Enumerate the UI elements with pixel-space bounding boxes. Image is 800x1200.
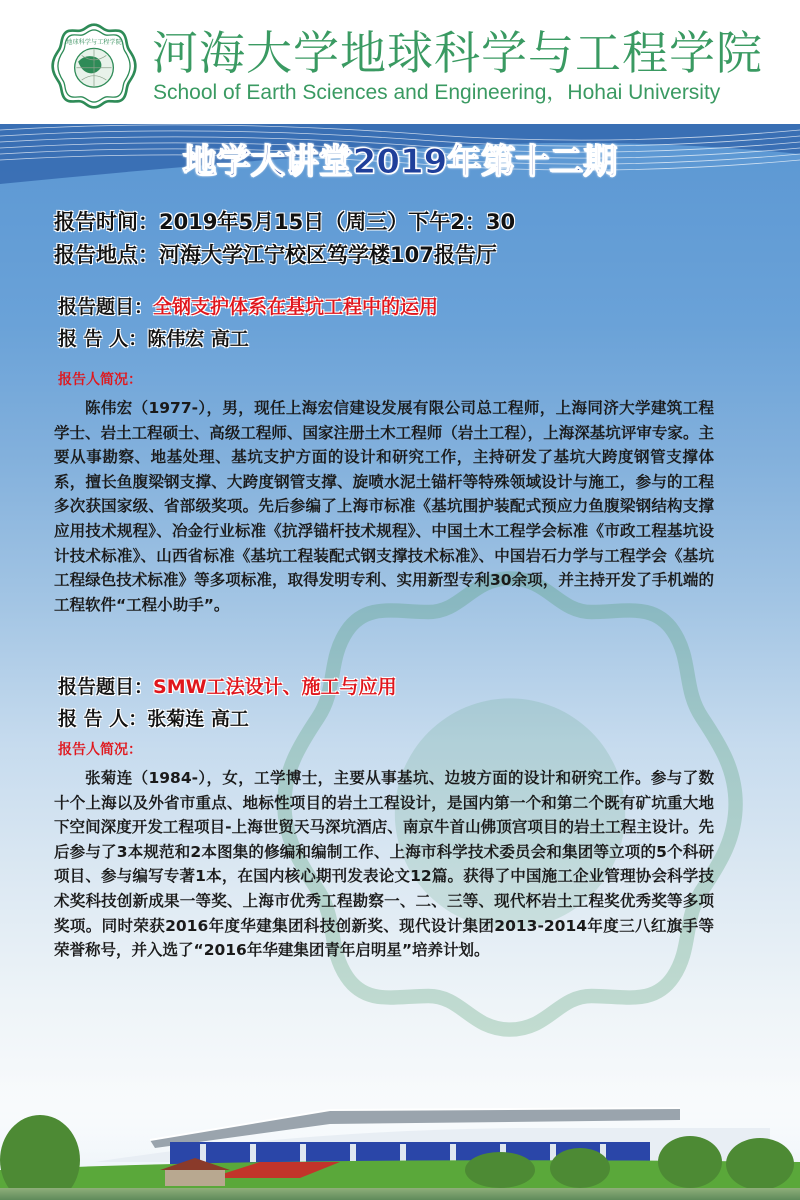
talk-2-bio-text: 张菊连（1984-），女，工学博士，主要从事基坑、边坡方面的设计和研究工作。参与… <box>54 766 714 963</box>
talk-2-topic-label: 报告题目： <box>58 676 153 698</box>
talk-2-topic: 报告题目：SMW工法设计、施工与应用 <box>58 674 397 700</box>
school-name-en: School of Earth Sciences and Engineering… <box>153 80 720 106</box>
svg-text:地球科学与工程学院: 地球科学与工程学院 <box>66 38 121 46</box>
talk-1-speaker-label: 报 告 人： <box>58 328 147 350</box>
report-time-value: 2019年5月15日（周三）下午2：30 <box>159 210 515 234</box>
talk-2-bio-label: 报告人简况： <box>58 740 142 760</box>
talk-1-topic-label: 报告题目： <box>58 296 153 318</box>
talk-1-bio-label: 报告人简况： <box>58 370 142 390</box>
talk-2-speaker: 报 告 人：张菊连 高工 <box>58 706 249 732</box>
talk-1-speaker: 报 告 人：陈伟宏 高工 <box>58 326 249 352</box>
talk-1-speaker-value: 陈伟宏 高工 <box>147 328 249 350</box>
header: 地球科学与工程学院 河海大学地球科学与工程学院 School of Earth … <box>0 0 800 124</box>
talk-2-topic-value: SMW工法设计、施工与应用 <box>153 676 397 698</box>
poster-body: 地学大讲堂2019年第十二期 报告时间：2019年5月15日（周三）下午2：30… <box>0 124 800 1200</box>
talk-1-bio-text: 陈伟宏（1977-），男，现任上海宏信建设发展有限公司总工程师，上海同济大学建筑… <box>54 396 714 617</box>
talk-1-topic-value: 全钢支护体系在基坑工程中的运用 <box>153 296 438 318</box>
report-location-label: 报告地点： <box>54 243 159 267</box>
lecture-series-title: 地学大讲堂2019年第十二期 <box>0 142 800 182</box>
talk-2-speaker-value: 张菊连 高工 <box>147 708 249 730</box>
report-location: 报告地点：河海大学江宁校区笃学楼107报告厅 <box>54 241 497 269</box>
talk-1-topic: 报告题目：全钢支护体系在基坑工程中的运用 <box>58 294 438 320</box>
university-seal-icon: 地球科学与工程学院 <box>50 22 138 110</box>
campus-stadium-photo <box>0 1070 800 1200</box>
school-name-cn: 河海大学地球科学与工程学院 <box>152 26 763 80</box>
report-time-label: 报告时间： <box>54 210 159 234</box>
talk-2-speaker-label: 报 告 人： <box>58 708 147 730</box>
report-time: 报告时间：2019年5月15日（周三）下午2：30 <box>54 208 515 236</box>
report-location-value: 河海大学江宁校区笃学楼107报告厅 <box>159 243 497 267</box>
